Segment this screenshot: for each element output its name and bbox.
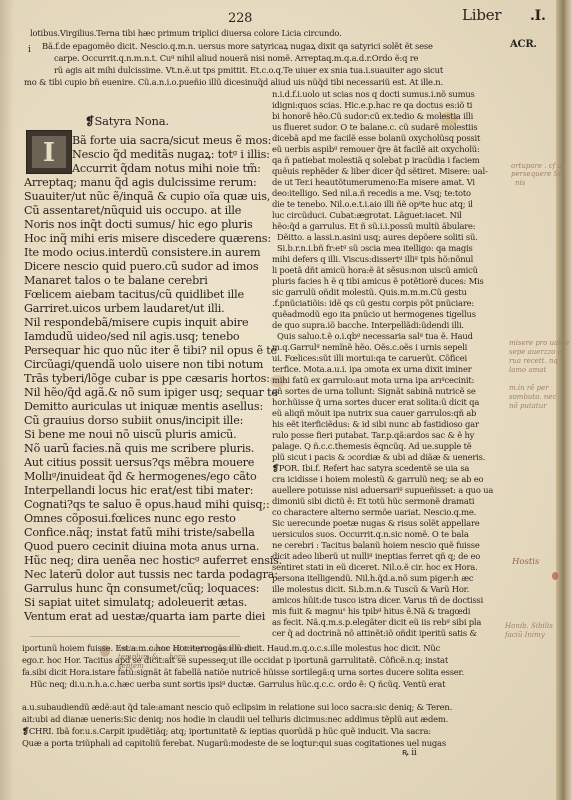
poem-line: Aut citius possit uersus?qs mẽbra mouere: [24, 457, 254, 468]
poem-line: Nescio q̃d meditãs nugaꝝ: totᵍ i illis:: [72, 149, 270, 160]
commentary-line: de quo supra.iõ bacche. Interpellãdi:ũde…: [272, 321, 464, 329]
commentary-line: his eẽt iterficiẽdus: & id sibi nunc ab …: [272, 420, 479, 428]
poem-line: Circũagi/quendã uolo uisere non tibi not…: [24, 359, 263, 370]
commentary-line: mihi defers q illi. Viscus:dissertᵍ illi…: [272, 255, 473, 263]
commentary-line: idigni:quos scias. Hic.e.p.hac re qa doc…: [272, 101, 472, 109]
commentary-line: iportunũ hoiem fuisse. Est.a.m.c.hoc Hor…: [22, 644, 440, 652]
page-edge-shadow: [0, 0, 14, 800]
poem-line: Arreptaq; manu q̃d agis dulcissime rerum…: [24, 177, 257, 188]
poem-line: Ventum erat ad uestæ/quarta iam parte di…: [24, 611, 265, 622]
poem-line: Interpellandi locus hic erat/est tibi ma…: [24, 485, 253, 496]
commentary-line: mo & tibi cupio bñ euenire. Cũ.a.n.i.o.p…: [24, 78, 443, 86]
poem-line: Fœlicem aiebam tacitus/cũ quidlibet ille: [24, 289, 244, 300]
commentary-line: dicebã apd me facilẽ esse bolanũ oxychol…: [272, 134, 480, 142]
commentary-line: Sic uerecunde poetæ nugas & risus solẽt …: [272, 519, 480, 527]
commentary-line: uersiculos suos. Occurrit.q.n.sic nomẽ. …: [272, 530, 469, 538]
commentary-line: sic garrulũ oñdit molestũ. Quis.m.m.m.Cũ…: [272, 288, 467, 296]
commentary-line: quẽadmodũ ego ita pnũcio ut hermogenes t…: [272, 310, 476, 318]
commentary-line: Dẽitto. a lassi.n.asini usq; aures depõe…: [277, 233, 478, 241]
commentary-line: dicit adeo liberũ ut nulliᵍ ineptias fer…: [272, 552, 480, 560]
commentary-line: mis fuit & magnuˢ his tpibᵍ hitus ẽ.Nã &…: [272, 607, 470, 615]
poem-line: Suauiter/ut nũc ẽ/inquã & cupio oĩa quæ …: [24, 191, 270, 202]
signature-mark: ꝶ ii: [402, 749, 417, 758]
commentary-line: Quis saluo.t.ẽ o.i.qbᵍ necessaria salᵍ t…: [277, 332, 473, 340]
poem-line: Ite modo ocius.interdũ consistere.in aur…: [24, 247, 260, 258]
commentary-line: rũ agis ait mihi dulcissime. Vt.n.ẽ.ut t…: [54, 66, 443, 74]
commentary-line: palage. Q ñ.c.c.themesis ẽqncũq. Ad ue.s…: [272, 442, 472, 450]
commentary-line: pluris facies h ẽ q tibi amicus ẽ potẽti…: [272, 277, 484, 285]
commentary-line: Si.b.r.n.i.bñ fr:etᵍ sũ ɔscia mea itelli…: [277, 244, 473, 252]
commentary-line: m.q.Garrulᵍ nemĩnẽ hẽo. Oẽs.c.oẽs i urni…: [272, 343, 467, 351]
commentary-line: us flueret sudor. O te balane.c. cũ suda…: [272, 123, 478, 131]
poem-line: Hoc inq̃ mihi eris misere discedere quær…: [24, 233, 271, 244]
page-number: 228: [228, 12, 252, 25]
commentary-line: persona itelligendũ. Nil.h.q̃d.a.nõ sum …: [272, 574, 473, 582]
commentary-line: ait:ubi ad dianæ ueneris:Sic deniq; nos …: [22, 715, 448, 723]
commentary-line: auellere potuisse nisi aduersariᵍ supueñ…: [272, 486, 493, 494]
marginal-note: ortupare . cf a: [511, 162, 562, 170]
marginal-note: sepe auerzzo a: [509, 348, 562, 356]
commentary-line: ❡CHRI. Ibã for.u.s.Carpit ipudẽtiãq; atq…: [22, 727, 431, 735]
poem-line: Demitto auriculas ut iniquæ mentis asell…: [24, 401, 263, 412]
commentary-line: mihi fatũ ex garrulo:aut mota urna ipa a…: [272, 376, 474, 384]
margin-label-i: i: [28, 46, 31, 55]
commentary-line: cer q̃ ad doctrinã nõ attinẽt:iõ oñdit i…: [272, 629, 477, 637]
marginal-note: Honib. Sibilis: [505, 622, 553, 630]
section-title: ❡Satyra Nona.: [85, 116, 169, 128]
poem-line: Noris nos inq̃t docti sumus/ hic ego plu…: [24, 219, 253, 230]
book-number: .I.: [530, 9, 546, 23]
poem-line: Cũ grauius dorso subiit onus/incipit ill…: [24, 415, 243, 426]
commentary-line: ego.r. hoc Hor. Tacitus apd se dicit:ait…: [22, 656, 448, 664]
commentary-line: qñ sortes de urna tollunt: Signãt sabinã…: [272, 387, 476, 395]
commentary-line: a.u.subaudiendũ ædẽ:aut q̃d tale:amant n…: [22, 703, 452, 711]
commentary-line: die te tenebo. Nil.o.e.t.i.aio illi ñẽ o…: [272, 200, 473, 208]
marginal-note: sombuto. nec: [509, 393, 556, 401]
commentary-line: hẽo:q̃d a garrulus. Et ñ sũ.i.i.possũ mu…: [272, 222, 475, 230]
poem-line: Nil hẽo/q̃d agã.& nõ sum ipiger usq; seq…: [24, 387, 278, 398]
poem-line: Bã forte uia sacra/sicut meus ẽ mos:: [72, 135, 271, 146]
poem-line: Iamdudũ uideo/sed nil agis.usq; tenebo: [24, 331, 239, 342]
marginal-note: misere pro ualde: [509, 339, 569, 347]
commentary-line: carpe. Occurrit.q.n.m.n.t. Cuᵍ nihil ali…: [54, 54, 418, 62]
marginal-note: nõ putatur: [509, 402, 547, 410]
commentary-line: luc circũduci. Cubat:ægrotat. Lãguet:iac…: [272, 211, 462, 219]
commentary-line: sentiret stati in eũ diceret. Nil.o.ẽ ci…: [272, 563, 478, 571]
commentary-line: plũ sicut i pacis & ɔcordiæ & ubi ad diã…: [272, 453, 485, 461]
commentary-line: eũ aliqñ mõuit ipa nutrix sua cauer garr…: [272, 409, 476, 417]
commentary-line: Bã.f.de epagomẽo dicit. Nescio.q.m.n. ue…: [42, 42, 433, 50]
paper-stain: [552, 572, 558, 580]
marginal-note: nis: [515, 179, 525, 187]
poem-line: Nil respondebã/misere cupis inquit abire: [24, 317, 248, 328]
decorated-initial: I: [26, 130, 72, 174]
marginal-note: Hostis: [512, 557, 539, 567]
initial-ornament: I: [32, 136, 66, 168]
margin-label-acr: ACR.: [510, 40, 537, 50]
commentary-line: deo:itelligo. Sed nil.a.ñ recedis a me. …: [272, 189, 471, 197]
commentary-line: ille molestus dicit. Si.b.m.n.& Tuscũ & …: [272, 585, 469, 593]
commentary-line: co charactere alterno sermõe uariat. Nes…: [272, 508, 476, 516]
poem-line: Garriret.uicos urbem laudaret/ut illi.: [24, 303, 225, 314]
poem-line: Trãs tyberi/lõge cubar is ppe cæsaris ho…: [24, 373, 270, 384]
marginal-note: rua recett. nq: [509, 357, 558, 365]
commentary-line: lotibus.Virgilius.Terna tibi hæc primum …: [30, 29, 342, 37]
commentary-line: amicos hũit:de tusco istra dicer. Varus …: [272, 596, 483, 604]
poem-line: Nõ uarũ facies.nã quis me scribere pluri…: [24, 443, 254, 454]
commentary-line: quẽuis rephẽder & liber dicer q̃d sẽtire…: [272, 167, 488, 175]
commentary-line: li poetã dñt amicũ hora:ẽ ãt sẽsus:non u…: [272, 266, 478, 274]
running-title: Liber: [462, 8, 501, 23]
poem-line: Garrulus hunc q̃n consumet/cũq; loquaces…: [24, 583, 259, 594]
poem-line: Hũc neq; dira uenẽa nec hosticᵍ auferret…: [24, 555, 282, 566]
commentary-line: fa.sibi dicit Hora.istare fatũ:signãt ãt…: [22, 668, 464, 676]
commentary-line: Hũc neq; di.u.n.h.a.c.hæc uerba sunt sor…: [30, 680, 445, 688]
initial-letter: I: [32, 138, 66, 168]
commentary-line: terfice. Mota.a.u.i. ipa ɔmota ex urna d…: [272, 365, 472, 373]
pilcrow-icon: ❡: [272, 463, 279, 473]
poem-line: Manaret talos o te balane cerebri: [24, 275, 208, 286]
commentary-line: rulo posse fieri putabat. Tar.p.qã:ardos…: [272, 431, 474, 439]
poem-line: Si bene me noui nõ uiscũ pluris amicũ.: [24, 429, 237, 440]
poem-line: Confice.nãq; instat fatũ mihi triste/sab…: [24, 527, 255, 538]
commentary-line: bi honorẽ hẽo.Cũ sudor:cũ ex.tedio & mol…: [272, 112, 473, 120]
marginal-note: persequere Se: [511, 170, 563, 178]
marginal-note: lamo amat: [509, 366, 546, 374]
poem-line: Persequar hic quo nũc iter ẽ tibi? nil o…: [24, 345, 277, 356]
ink-rule: [30, 636, 240, 637]
commentary-line: Quæ a porta triũphali ad capitoliũ fereb…: [22, 739, 446, 747]
marginal-note: m.in rẽ per: [509, 384, 549, 392]
commentary-line: qa ñ patiebat molestiã q solebat p iracũ…: [272, 156, 480, 164]
commentary-line: .f.pnũciatiõis: idẽ qs cũ gestu corpis p…: [272, 299, 474, 307]
commentary-line: de ut Ter.i heautõtumerumeno:Ea misere a…: [272, 178, 475, 186]
commentary-line: hor.hũisse q̃ urna sortes ducer erat sol…: [272, 398, 479, 406]
commentary-line: ui. Fœlices:sũt illi mortui:qa te caruer…: [272, 354, 467, 362]
commentary-line: n.i.d.f.i.uolo ut scias nos q docti sumu…: [272, 90, 475, 98]
book-page: 228 Liber .I. ACR. i lotibus.Virgilius.T…: [0, 0, 572, 800]
commentary-line: cra icidisse i hoiem molestũ & garrulũ n…: [272, 475, 483, 483]
poem-line: Quod puero cecinit diuina mota anus urna…: [24, 541, 259, 552]
poem-line: Omnes cõposui.fœlices nunc ego resto: [24, 513, 236, 524]
commentary-line: dimoniũ sibi dictũ ẽ: Et totũ hũc sermon…: [272, 497, 474, 505]
commentary-line: as fecit. Nã.q.m.s.p.elegãter dicit eũ i…: [272, 618, 481, 626]
pilcrow-icon: ❡: [22, 726, 29, 736]
poem-line: Mollıᵍ/inuideat q̃d & hermogenes/ego cãt…: [24, 471, 257, 482]
marginal-note: faciũ Inimy: [505, 631, 545, 639]
poem-line: Si sapiat uitet simulatq; adoleuerit æta…: [24, 597, 247, 608]
poem-line: Cũ assentaret/nũquid uis occupo. at ille: [24, 205, 241, 216]
poem-line: Dicere nescio quid puero.cũ sudor ad imo…: [24, 261, 258, 272]
commentary-line: ne cerebri : Tacitus balanũ hoiem nescio…: [272, 541, 480, 549]
poem-line: Accurrit q̃dam notus mihi noie tm̃:: [72, 163, 261, 174]
book-gutter: [556, 0, 572, 800]
commentary-line: eũ uerbis aspibᵍ remouer q̃re ãt facilẽ …: [272, 145, 480, 153]
poem-line: Nec laterũ dolor aut tussis nec tarda po…: [24, 569, 278, 580]
poem-line: Cognati?qs te saluo ẽ opus.haud mihi qui…: [24, 499, 270, 510]
commentary-line: ❡POR. Ibi.f. Refert hac satyra scedentẽ …: [272, 464, 469, 472]
